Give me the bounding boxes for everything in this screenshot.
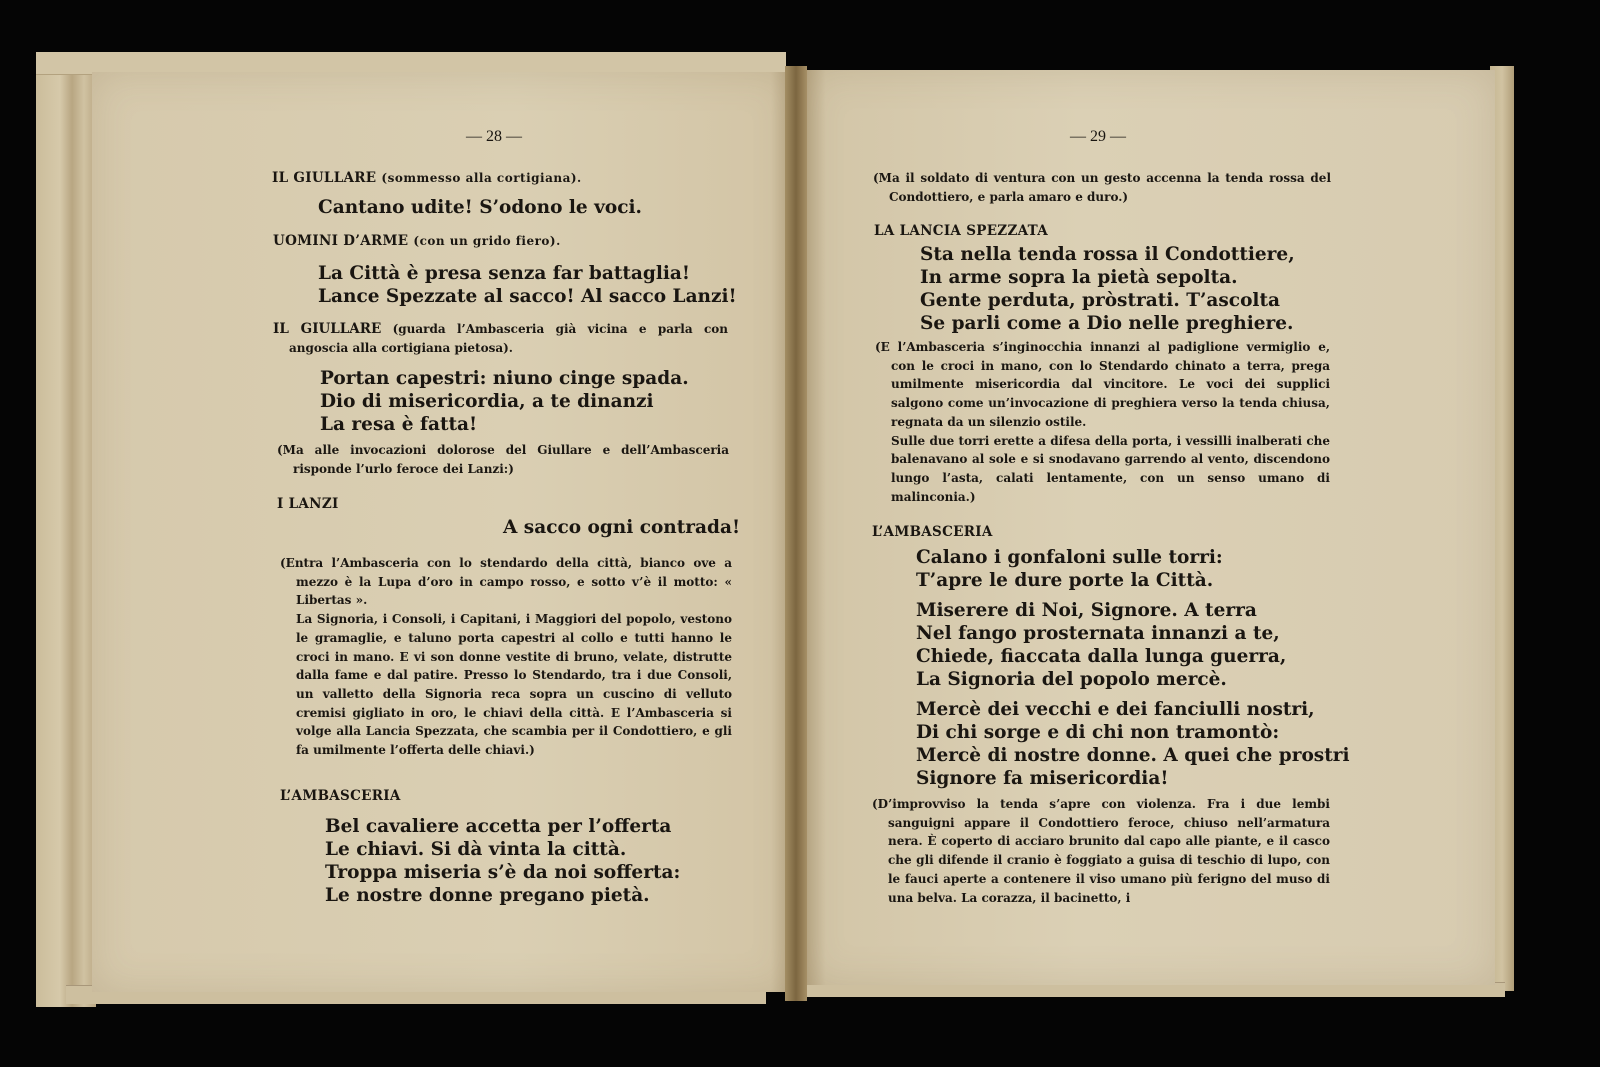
verse-block: Cantano udite! S’odono le voci. — [318, 196, 642, 219]
stage-direction: (Ma alle invocazioni dolorose del Giulla… — [277, 441, 729, 478]
verse-line: Nel fango prosternata innanzi a te, — [916, 622, 1350, 645]
verse-line: Portan capestri: niuno cinge spada. — [320, 367, 689, 390]
stage-direction: (E l’Ambasceria s’inginocchia innanzi al… — [875, 338, 1330, 506]
verse-block: La Città è presa senza far battaglia! La… — [318, 262, 737, 308]
speaker-name: I LANZI — [277, 496, 339, 512]
stage-direction: (Entra l’Ambasceria con lo stendardo del… — [280, 554, 732, 760]
speaker-label: LA LANCIA SPEZZATA — [874, 223, 1048, 239]
speaker-direction: (sommesso alla cortigiana). — [381, 171, 581, 185]
verse-line: Le chiavi. Si dà vinta la città. — [325, 838, 680, 861]
verse-line: Gente perduta, pròstrati. T’ascolta — [920, 289, 1295, 312]
book-gutter — [785, 66, 807, 1001]
speaker-name: L’AMBASCERIA — [280, 788, 401, 804]
verse-line: Bel cavaliere accetta per l’offerta — [325, 815, 680, 838]
page-number-right: — 29 — — [1070, 128, 1126, 146]
verse-line: T’apre le dure porte la Città. — [916, 569, 1350, 592]
speaker-name: L’AMBASCERIA — [872, 524, 993, 540]
stage-direction: (Ma il soldato di ventura con un gesto a… — [873, 169, 1331, 206]
verse-block: Portan capestri: niuno cinge spada. Dio … — [320, 367, 689, 436]
verse-line: A sacco ogni contrada! — [503, 516, 740, 539]
stage-direction-text: Sulle due torri erette a difesa della po… — [875, 432, 1330, 507]
verse-line: Calano i gonfaloni sulle torri: — [916, 546, 1350, 569]
verse-line: Lance Spezzate al sacco! Al sacco Lanzi! — [318, 285, 737, 308]
verse-line: La Signoria del popolo mercè. — [916, 668, 1350, 691]
verse-line: Le nostre donne pregano pietà. — [325, 884, 680, 907]
stage-direction-text: (E l’Ambasceria s’inginocchia innanzi al… — [875, 338, 1330, 432]
stage-direction: (D’improvviso la tenda s’apre con violen… — [872, 795, 1330, 907]
speaker-direction: (con un grido fiero). — [413, 234, 560, 248]
verse-line: Cantano udite! S’odono le voci. — [318, 196, 642, 219]
stage-direction-text: (Ma il soldato di ventura con un gesto a… — [873, 169, 1331, 206]
verse-line: Mercè di nostre donne. A quei che prostr… — [916, 744, 1350, 767]
stage-direction-text: (D’improvviso la tenda s’apre con violen… — [872, 795, 1330, 907]
speaker-label: L’AMBASCERIA — [280, 788, 401, 804]
verse-line: Dio di misericordia, a te dinanzi — [320, 390, 689, 413]
speaker-label: L’AMBASCERIA — [872, 524, 993, 540]
verse-block: Bel cavaliere accetta per l’offerta Le c… — [325, 815, 680, 907]
verse-line: Miserere di Noi, Signore. A terra — [916, 599, 1350, 622]
verse-line: Chiede, fiaccata dalla lunga guerra, — [916, 645, 1350, 668]
verse-block: Calano i gonfaloni sulle torri: T’apre l… — [916, 546, 1350, 790]
verse-line: Mercè dei vecchi e dei fanciulli nostri, — [916, 698, 1350, 721]
verse-block: A sacco ogni contrada! — [503, 516, 740, 539]
speaker-label: I LANZI — [277, 496, 339, 512]
speaker-name: LA LANCIA SPEZZATA — [874, 223, 1048, 239]
verse-line: La Città è presa senza far battaglia! — [318, 262, 737, 285]
stage-direction-text: La Signoria, i Consoli, i Capitani, i Ma… — [280, 610, 732, 760]
speaker-label: UOMINI D’ARME (con un grido fiero). — [273, 233, 561, 249]
speaker-label-with-direction: IL GIULLARE (guarda l’Ambasceria già vic… — [273, 320, 728, 357]
speaker-name: IL GIULLARE — [273, 321, 381, 337]
verse-line: La resa è fatta! — [320, 413, 689, 436]
page-number-left: — 28 — — [466, 128, 522, 146]
verse-line: In arme sopra la pietà sepolta. — [920, 266, 1295, 289]
stage-direction-text: (Entra l’Ambasceria con lo stendardo del… — [280, 554, 732, 610]
verse-line: Di chi sorge e di chi non tramontò: — [916, 721, 1350, 744]
stage-direction-text: (Ma alle invocazioni dolorose del Giulla… — [277, 441, 729, 478]
verse-line: Se parli come a Dio nelle preghiere. — [920, 312, 1295, 335]
verse-line: Sta nella tenda rossa il Condottiere, — [920, 243, 1295, 266]
verse-line: Troppa miseria s’è da noi sofferta: — [325, 861, 680, 884]
speaker-name: IL GIULLARE — [272, 170, 376, 186]
speaker-name: UOMINI D’ARME — [273, 233, 408, 249]
left-page-stack-edge — [36, 52, 96, 1007]
verse-line: Signore fa misericordia! — [916, 767, 1350, 790]
speaker-label: IL GIULLARE (sommesso alla cortigiana). — [272, 170, 582, 186]
verse-block: Sta nella tenda rossa il Condottiere, In… — [920, 243, 1295, 335]
